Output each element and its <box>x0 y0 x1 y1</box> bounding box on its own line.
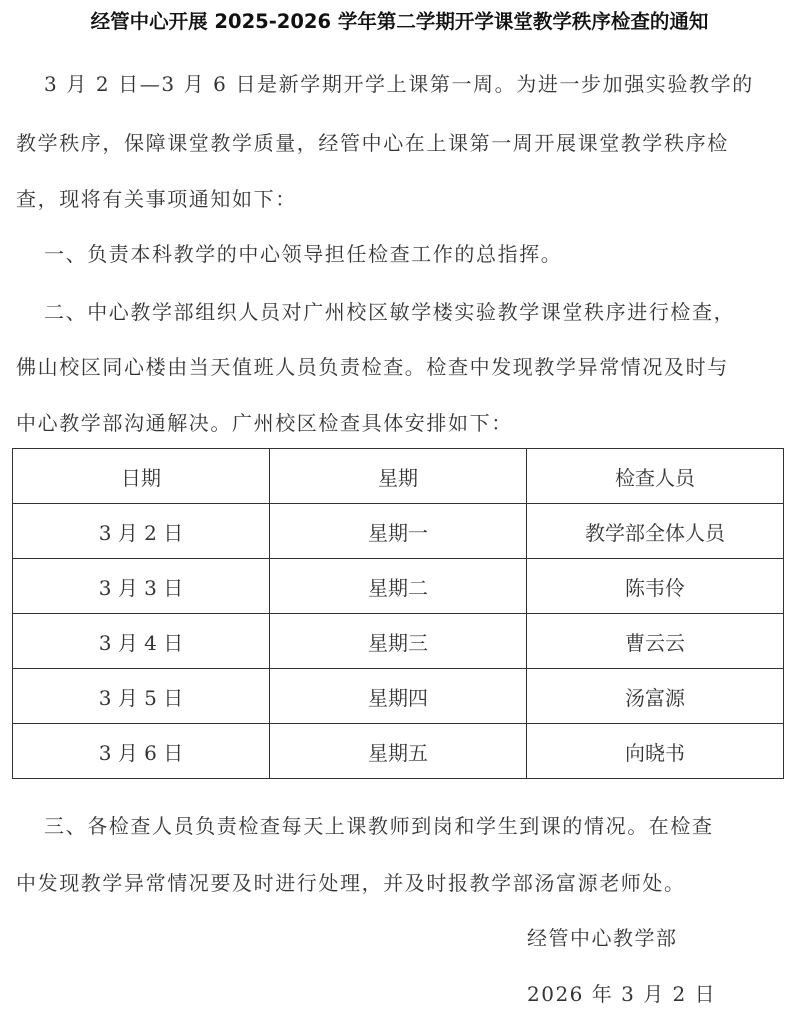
header-date: 日期 <box>13 449 270 504</box>
table-header-row: 日期 星期 检查人员 <box>13 449 784 504</box>
cell-weekday: 星期一 <box>270 504 527 559</box>
header-weekday: 星期 <box>270 449 527 504</box>
item1-line-1: 一、负责本科教学的中心领导担任检查工作的总指挥。 <box>44 238 562 267</box>
item2-line-3: 中心教学部沟通解决。广州校区检查具体安排如下： <box>16 407 513 436</box>
cell-date: 3 月 5 日 <box>13 669 270 724</box>
cell-weekday: 星期四 <box>270 669 527 724</box>
table-row: 3 月 3 日 星期二 陈韦伶 <box>13 559 784 614</box>
cell-inspector: 汤富源 <box>527 669 784 724</box>
item3-line-2: 中发现教学异常情况要及时进行处理，并及时报教学部汤富源老师处。 <box>16 867 686 896</box>
cell-weekday: 星期二 <box>270 559 527 614</box>
inspection-schedule-table: 日期 星期 检查人员 3 月 2 日 星期一 教学部全体人员 3 月 3 日 星… <box>12 448 784 779</box>
table-row: 3 月 6 日 星期五 向晓书 <box>13 724 784 779</box>
cell-inspector: 教学部全体人员 <box>527 504 784 559</box>
intro-line-2: 教学秩序，保障课堂教学质量，经管中心在上课第一周开展课堂教学秩序检 <box>16 127 729 156</box>
cell-date: 3 月 6 日 <box>13 724 270 779</box>
table-row: 3 月 2 日 星期一 教学部全体人员 <box>13 504 784 559</box>
cell-date: 3 月 4 日 <box>13 614 270 669</box>
cell-inspector: 陈韦伶 <box>527 559 784 614</box>
table-row: 3 月 4 日 星期三 曹云云 <box>13 614 784 669</box>
item2-line-2: 佛山校区同心楼由当天值班人员负责检查。检查中发现教学异常情况及时与 <box>16 351 729 380</box>
table-row: 3 月 5 日 星期四 汤富源 <box>13 669 784 724</box>
cell-inspector: 向晓书 <box>527 724 784 779</box>
cell-weekday: 星期三 <box>270 614 527 669</box>
intro-line-1: 3 月 2 日—3 月 6 日是新学期开学上课第一周。为进一步加强实验教学的 <box>44 68 754 97</box>
signature-date: 2026 年 3 月 2 日 <box>527 978 716 1007</box>
item2-line-1: 二、中心教学部组织人员对广州校区敏学楼实验教学课堂秩序进行检查， <box>44 296 735 325</box>
header-inspector: 检查人员 <box>527 449 784 504</box>
intro-line-3: 查，现将有关事项通知如下： <box>16 183 297 212</box>
cell-weekday: 星期五 <box>270 724 527 779</box>
signature-department: 经管中心教学部 <box>527 922 678 951</box>
cell-date: 3 月 2 日 <box>13 504 270 559</box>
cell-date: 3 月 3 日 <box>13 559 270 614</box>
document-title: 经管中心开展 2025-2026 学年第二学期开学课堂教学秩序检查的通知 <box>0 6 799 34</box>
cell-inspector: 曹云云 <box>527 614 784 669</box>
item3-line-1: 三、各检查人员负责检查每天上课教师到岗和学生到课的情况。在检查 <box>44 810 714 839</box>
